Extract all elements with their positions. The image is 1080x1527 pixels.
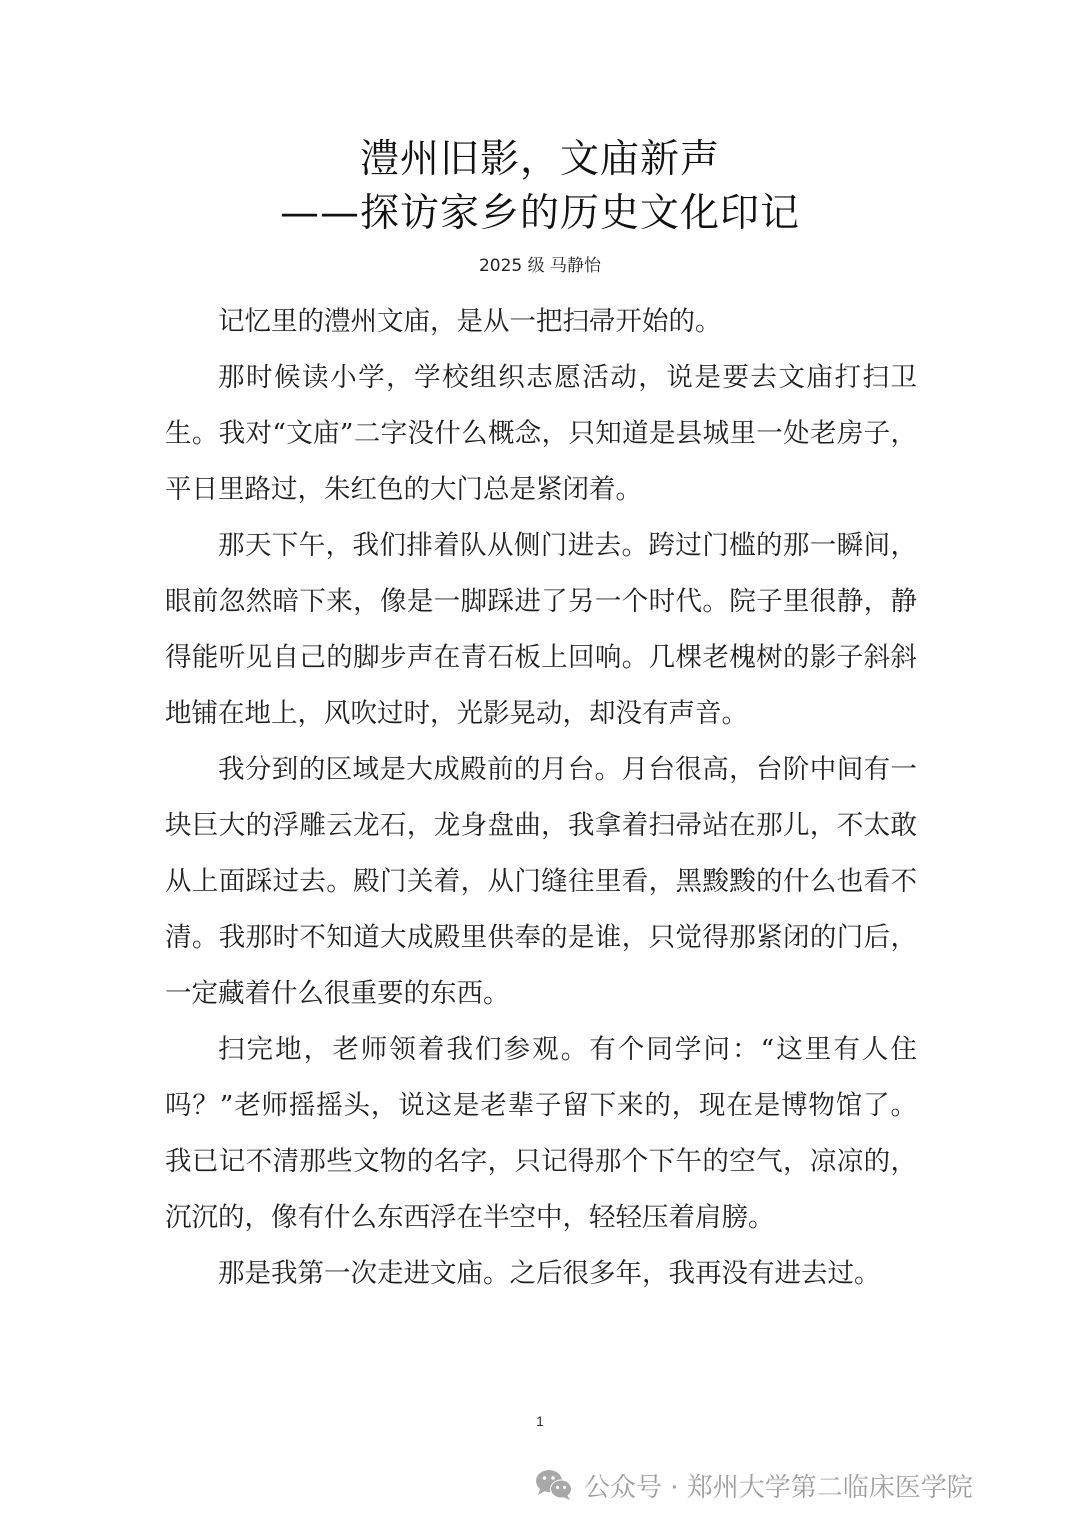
watermark-text: 公众号 · 郑州大学第二临床医学院 [584,1467,973,1504]
article-body: 记忆里的澧州文庙，是从一把扫帚开始的。 那时候读小学，学校组织志愿活动，说是要去… [165,294,917,1302]
wechat-icon [534,1467,574,1503]
article-title: 澧州旧影，文庙新声 [0,134,1080,186]
paragraph: 我分到的区域是大成殿前的月台。月台很高，台阶中间有一块巨大的浮雕云龙石，龙身盘曲… [165,742,917,1022]
paragraph: 那是我第一次走进文庙。之后很多年，我再没有进去过。 [165,1246,917,1302]
article-subtitle: ——探访家乡的历史文化印记 [0,188,1080,240]
page-number: 1 [530,1413,550,1429]
wechat-watermark: 公众号 · 郑州大学第二临床医学院 [534,1465,973,1505]
author-byline: 2025 级 马静怡 [0,254,1080,278]
paragraph: 那天下午，我们排着队从侧门进去。跨过门槛的那一瞬间，眼前忽然暗下来，像是一脚踩进… [165,518,917,742]
paragraph: 扫完地，老师领着我们参观。有个同学问：“这里有人住吗？”老师摇摇头，说这是老辈子… [165,1022,917,1246]
document-page: 澧州旧影，文庙新声 ——探访家乡的历史文化印记 2025 级 马静怡 记忆里的澧… [0,0,1080,1527]
paragraph: 记忆里的澧州文庙，是从一把扫帚开始的。 [165,294,917,350]
paragraph: 那时候读小学，学校组织志愿活动，说是要去文庙打扫卫生。我对“文庙”二字没什么概念… [165,350,917,518]
